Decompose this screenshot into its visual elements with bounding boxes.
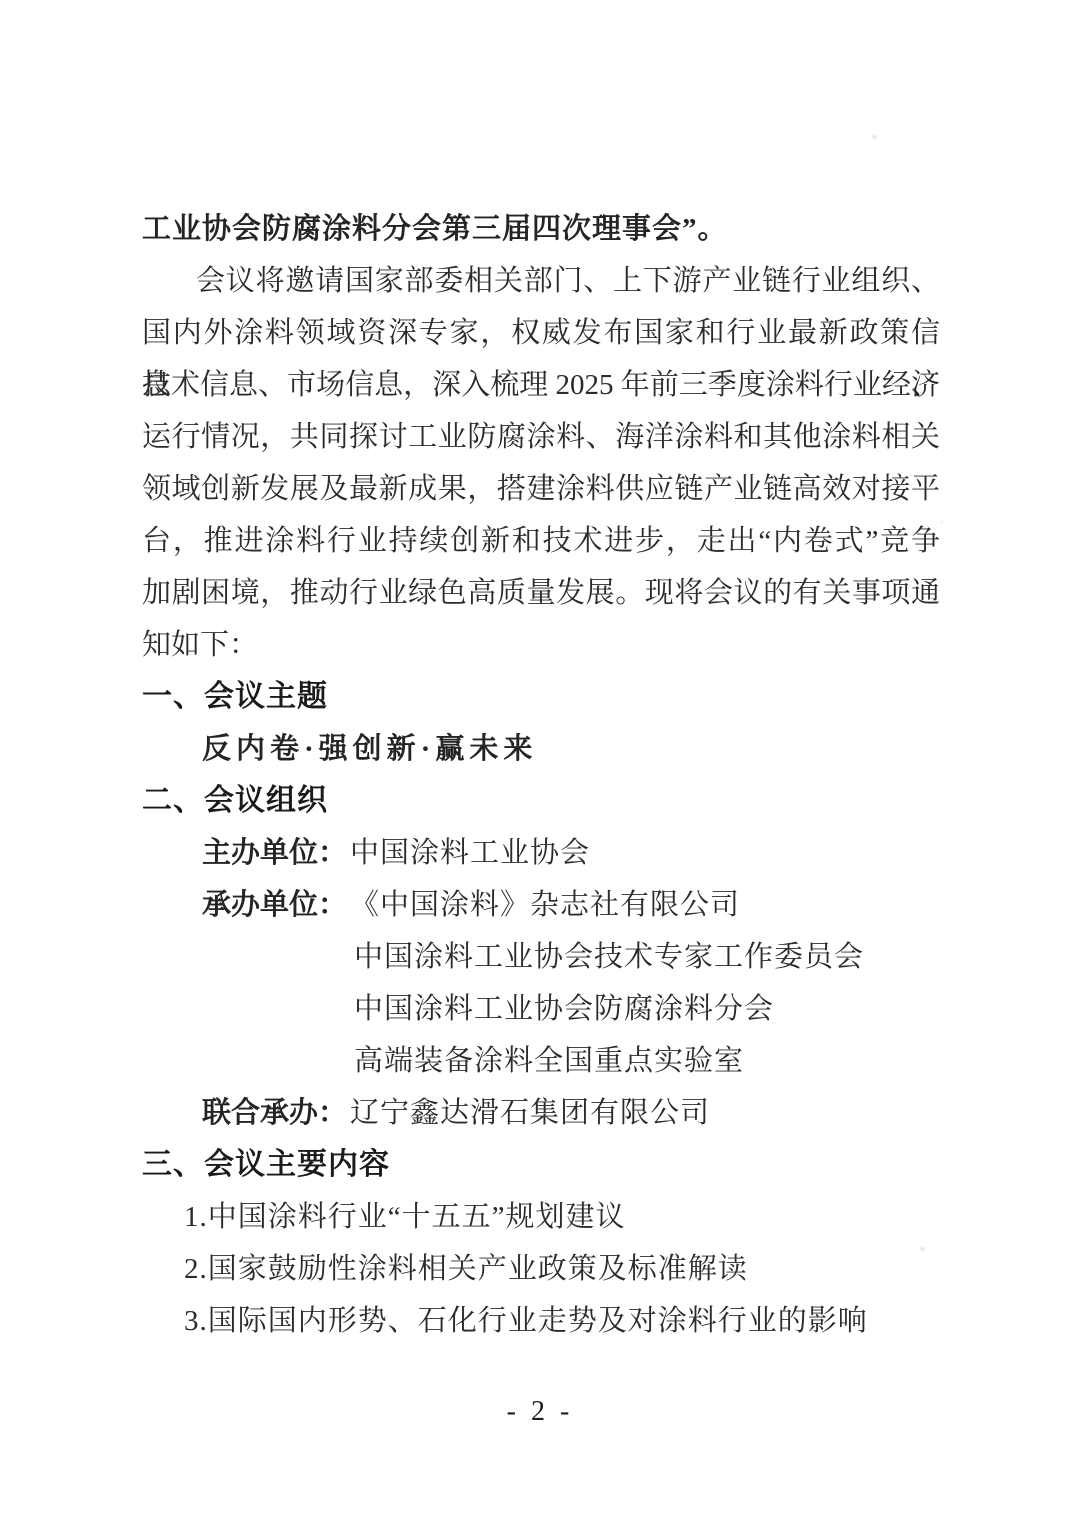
- intro-paragraph-line: 加剧困境，推动行业绿色高质量发展。现将会议的有关事项通: [142, 567, 940, 619]
- organizer-row-undertaker: 承办单位：《中国涂料》杂志社有限公司: [142, 879, 940, 931]
- undertaker-value: 《中国涂料》杂志社有限公司: [350, 889, 740, 921]
- undertaker-label: 承办单位：: [202, 879, 350, 931]
- intro-paragraph-line: 国内外涂料领域资深专家，权威发布国家和行业最新政策信息、: [142, 307, 940, 359]
- organizer-row-co-organizer: 联合承办：辽宁鑫达滑石集团有限公司: [142, 1087, 940, 1139]
- scan-artifact-speck: [920, 1247, 925, 1251]
- host-value: 中国涂料工业协会: [350, 837, 590, 869]
- meeting-name-continuation-line: 工业协会防腐涂料分会第三届四次理事会”。: [142, 203, 940, 255]
- intro-paragraph-line: 运行情况，共同探讨工业防腐涂料、海洋涂料和其他涂料相关: [142, 411, 940, 463]
- section-heading-organization: 二、会议组织: [142, 775, 940, 827]
- section-heading-agenda: 三、会议主要内容: [142, 1139, 940, 1191]
- document-page: 工业协会防腐涂料分会第三届四次理事会”。 会议将邀请国家部委相关部门、上下游产业…: [0, 0, 1080, 1527]
- document-body: 工业协会防腐涂料分会第三届四次理事会”。 会议将邀请国家部委相关部门、上下游产业…: [142, 203, 940, 1347]
- organizer-row-host: 主办单位：中国涂料工业协会: [142, 827, 940, 879]
- section-heading-theme: 一、会议主题: [142, 671, 940, 723]
- intro-paragraph-line: 知如下：: [142, 619, 940, 671]
- agenda-item: 2.国家鼓励性涂料相关产业政策及标准解读: [142, 1243, 940, 1295]
- intro-paragraph-line: 会议将邀请国家部委相关部门、上下游产业链行业组织、: [142, 255, 940, 307]
- co-organizer-label: 联合承办：: [202, 1087, 350, 1139]
- intro-paragraph-line: 技术信息、市场信息，深入梳理 2025 年前三季度涂料行业经济: [142, 359, 940, 411]
- agenda-item: 1.中国涂料行业“十五五”规划建议: [142, 1191, 940, 1243]
- intro-paragraph-line: 领域创新发展及最新成果，搭建涂料供应链产业链高效对接平: [142, 463, 940, 515]
- scan-artifact-speck: [872, 135, 877, 139]
- undertaker-extra-value: 中国涂料工业协会防腐涂料分会: [142, 983, 940, 1035]
- agenda-item: 3.国际国内形势、石化行业走势及对涂料行业的影响: [142, 1295, 940, 1347]
- co-organizer-value: 辽宁鑫达滑石集团有限公司: [350, 1097, 710, 1129]
- meeting-theme-text: 反内卷·强创新·赢未来: [142, 723, 940, 775]
- undertaker-extra-value: 中国涂料工业协会技术专家工作委员会: [142, 931, 940, 983]
- page-number: - 2 -: [0, 1396, 1080, 1428]
- host-label: 主办单位：: [202, 827, 350, 879]
- undertaker-extra-value: 高端装备涂料全国重点实验室: [142, 1035, 940, 1087]
- scan-artifact-speck: [940, 521, 943, 524]
- intro-paragraph-line: 台，推进涂料行业持续创新和技术进步，走出“内卷式”竞争: [142, 515, 940, 567]
